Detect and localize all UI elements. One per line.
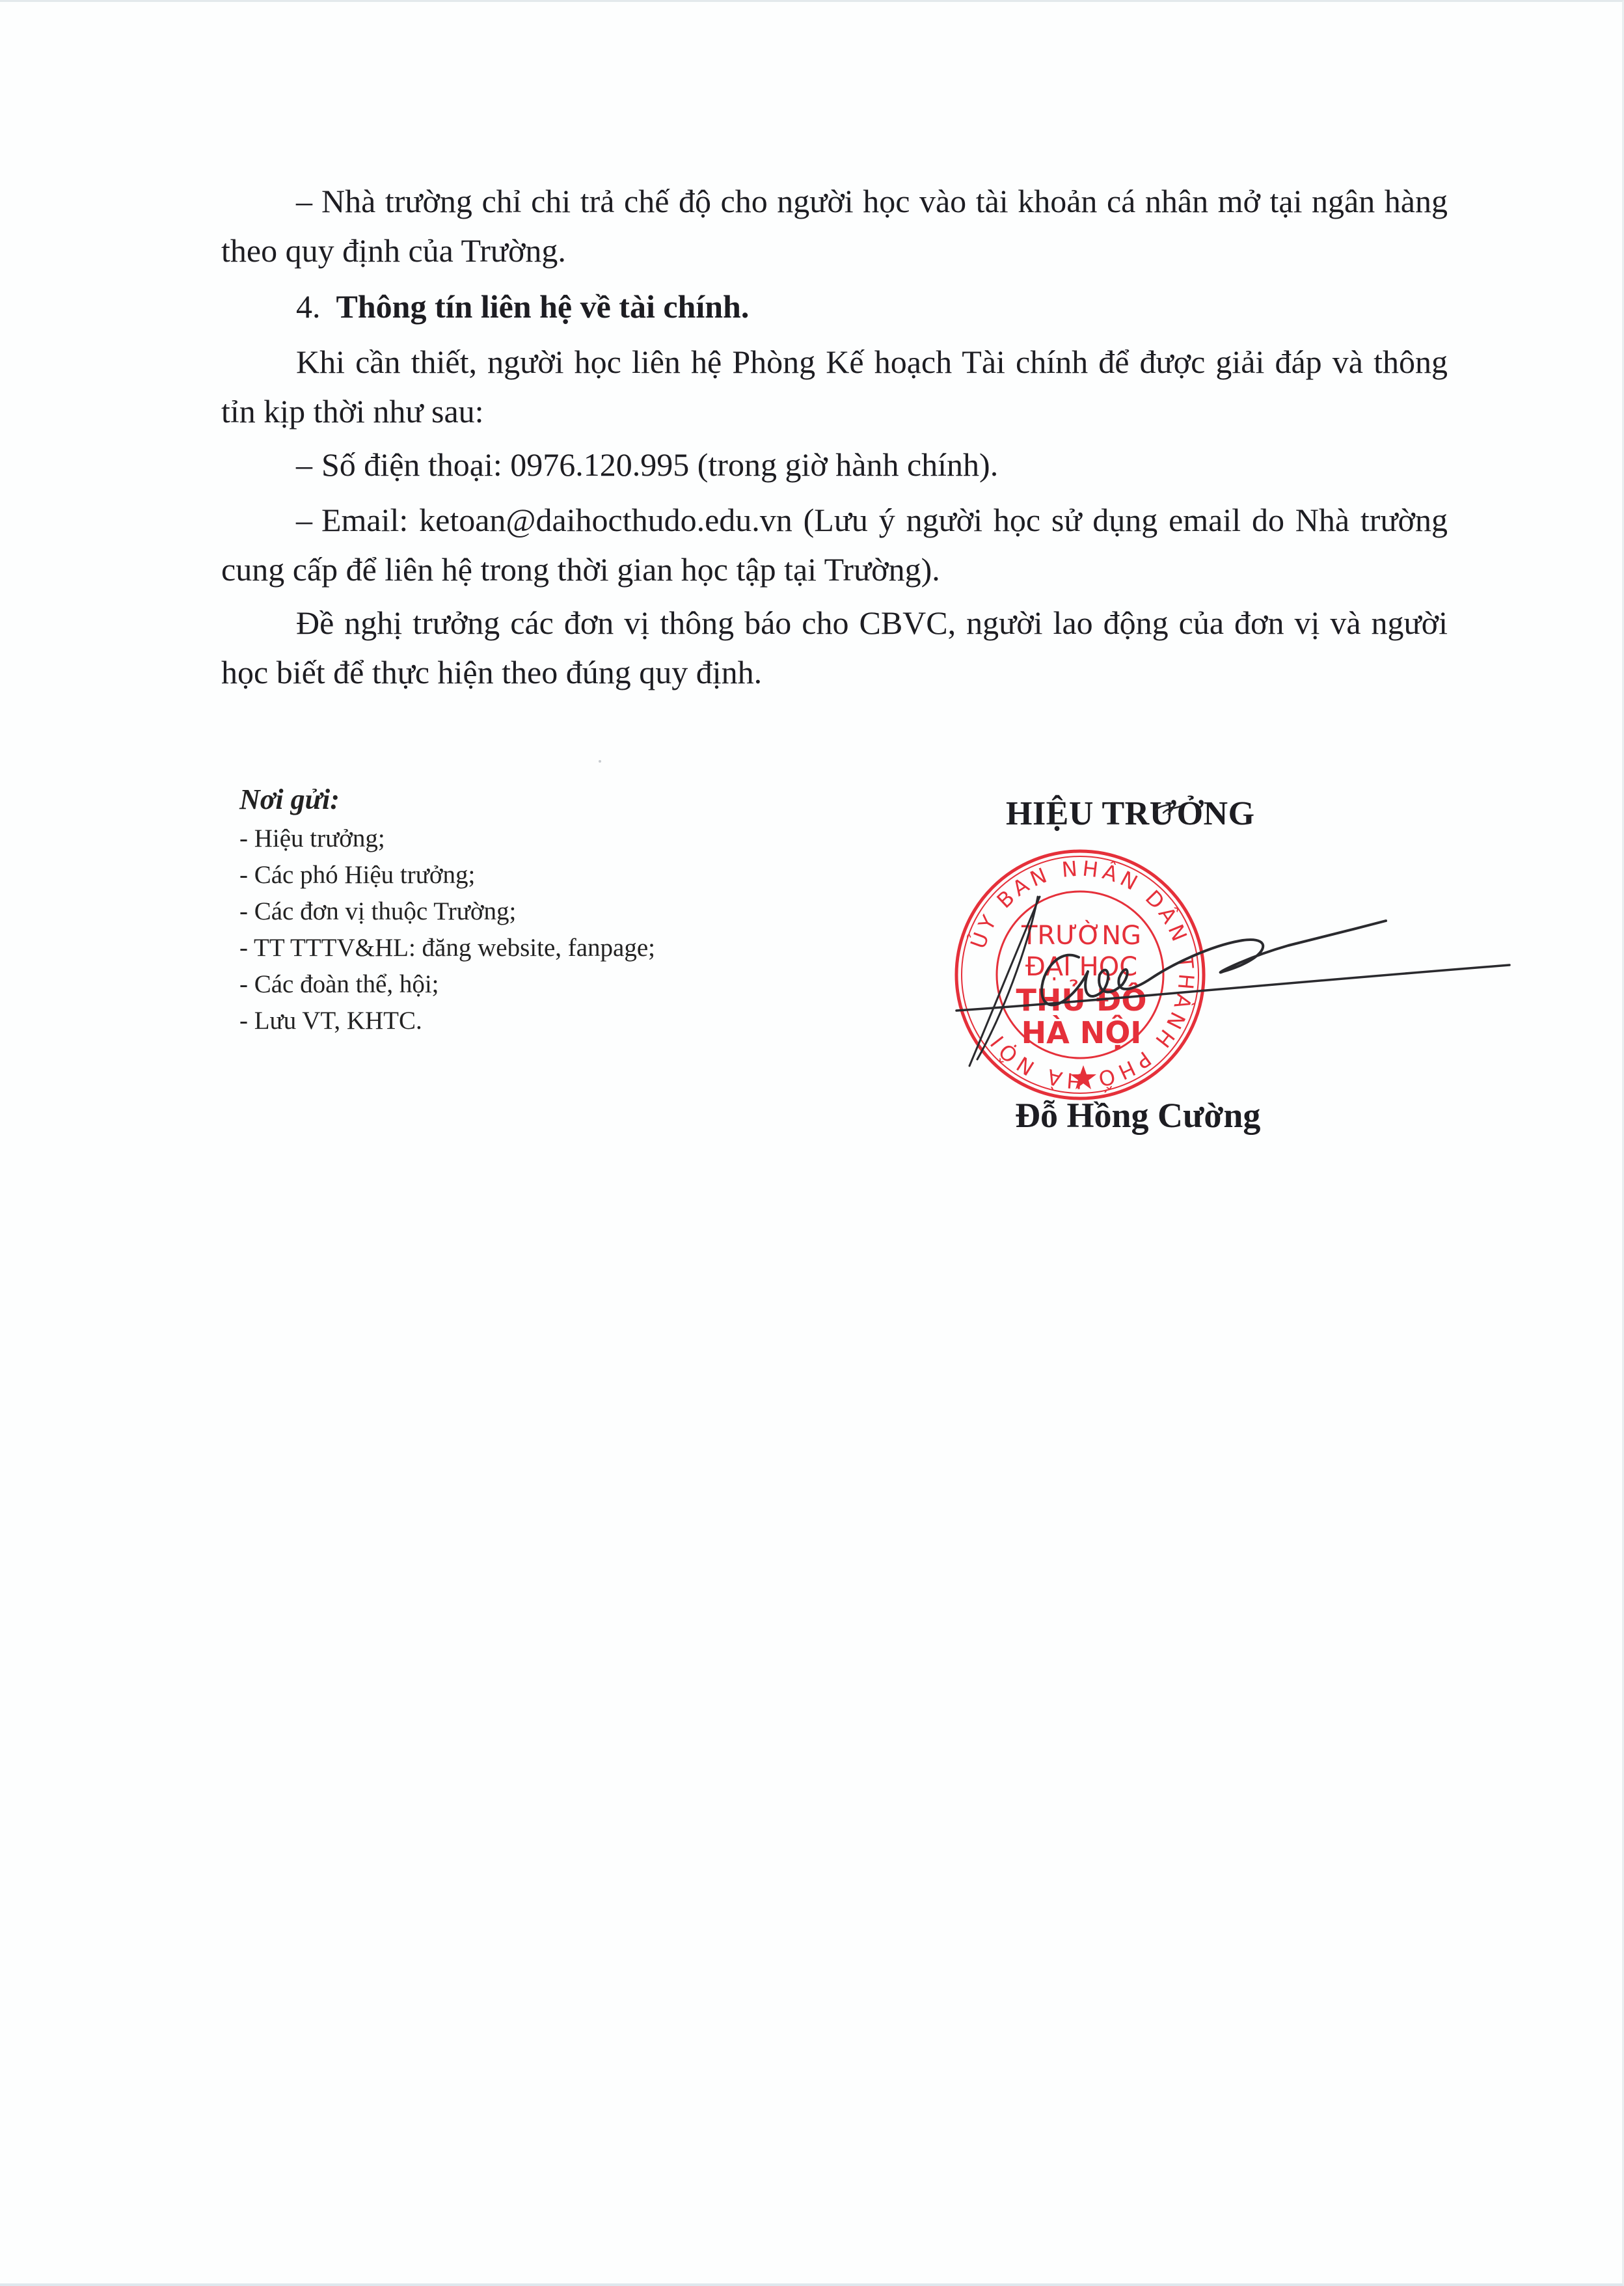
paragraph-contact-intro: Khi cần thiết, người học liên hệ Phòng K… — [221, 337, 1448, 436]
signer-name: Đỗ Hồng Cường — [1015, 1095, 1260, 1136]
svg-text:TRƯỜNG: TRƯỜNG — [1021, 919, 1141, 951]
dash-bullet: – — [296, 502, 312, 538]
scan-speck — [599, 760, 601, 763]
recipient-item: - Hiệu trưởng; — [239, 821, 655, 857]
recipient-item: - TT TTTV&HL: đăng website, fanpage; — [239, 930, 655, 966]
svg-text:THỦ ĐÔ: THỦ ĐÔ — [1016, 979, 1147, 1018]
section-heading-financial-contact: 4.Thông tín liên hệ về tài chính. — [221, 282, 1448, 331]
svg-text:ĐẠI HỌC: ĐẠI HỌC — [1025, 952, 1137, 982]
dash-bullet: – — [296, 183, 312, 219]
svg-text:ỦY BAN NHÂN DÂN THÀNH PHỐ HÀ N: ỦY BAN NHÂN DÂN THÀNH PHỐ HÀ NỘI — [964, 856, 1199, 1095]
paragraph-payment-note: –Nhà trường chỉ chi trả chế độ cho người… — [221, 176, 1448, 275]
email-text: Email: ketoan@daihocthudo.edu.vn (Lưu ý … — [221, 502, 1448, 588]
paragraph-text: Khi cần thiết, người học liên hệ Phòng K… — [221, 344, 1448, 429]
section-title: Thông tín liên hệ về tài chính. — [336, 288, 750, 325]
recipient-item: - Lưu VT, KHTC. — [239, 1003, 655, 1039]
paragraph-closing-request: Đề nghị trưởng các đơn vị thông báo cho … — [221, 598, 1448, 697]
recipient-item: - Các đơn vị thuộc Trường; — [239, 893, 655, 930]
red-stamp-icon — [956, 851, 1204, 1098]
signer-title: HIỆU TRƯỞNG — [1006, 795, 1255, 833]
paragraph-phone: –Số điện thoại: 0976.120.995 (trong giờ … — [221, 440, 1448, 489]
phone-text: Số điện thoại: 0976.120.995 (trong giờ h… — [321, 446, 998, 483]
recipient-item: - Các phó Hiệu trưởng; — [239, 857, 655, 893]
document-page: –Nhà trường chỉ chi trả chế độ cho người… — [0, 0, 1624, 2286]
handwritten-signature-icon — [956, 804, 1509, 1066]
svg-text:HÀ NỘI: HÀ NỘI — [1022, 1015, 1142, 1050]
paragraph-text: Nhà trường chỉ chi trả chế độ cho người … — [221, 183, 1448, 269]
recipients-list: - Hiệu trưởng; - Các phó Hiệu trưởng; - … — [239, 821, 655, 1039]
star-icon — [1070, 1065, 1096, 1089]
recipients-block: Nơi gửi: - Hiệu trưởng; - Các phó Hiệu t… — [239, 782, 655, 1039]
dash-bullet: – — [296, 446, 312, 483]
paragraph-email: –Email: ketoan@daihocthudo.edu.vn (Lưu ý… — [221, 495, 1448, 594]
section-number: 4. — [296, 288, 321, 325]
recipient-item: - Các đoàn thể, hội; — [239, 966, 655, 1003]
paragraph-text: Đề nghị trưởng các đơn vị thông báo cho … — [221, 605, 1448, 690]
recipients-title: Nơi gửi: — [239, 782, 655, 818]
